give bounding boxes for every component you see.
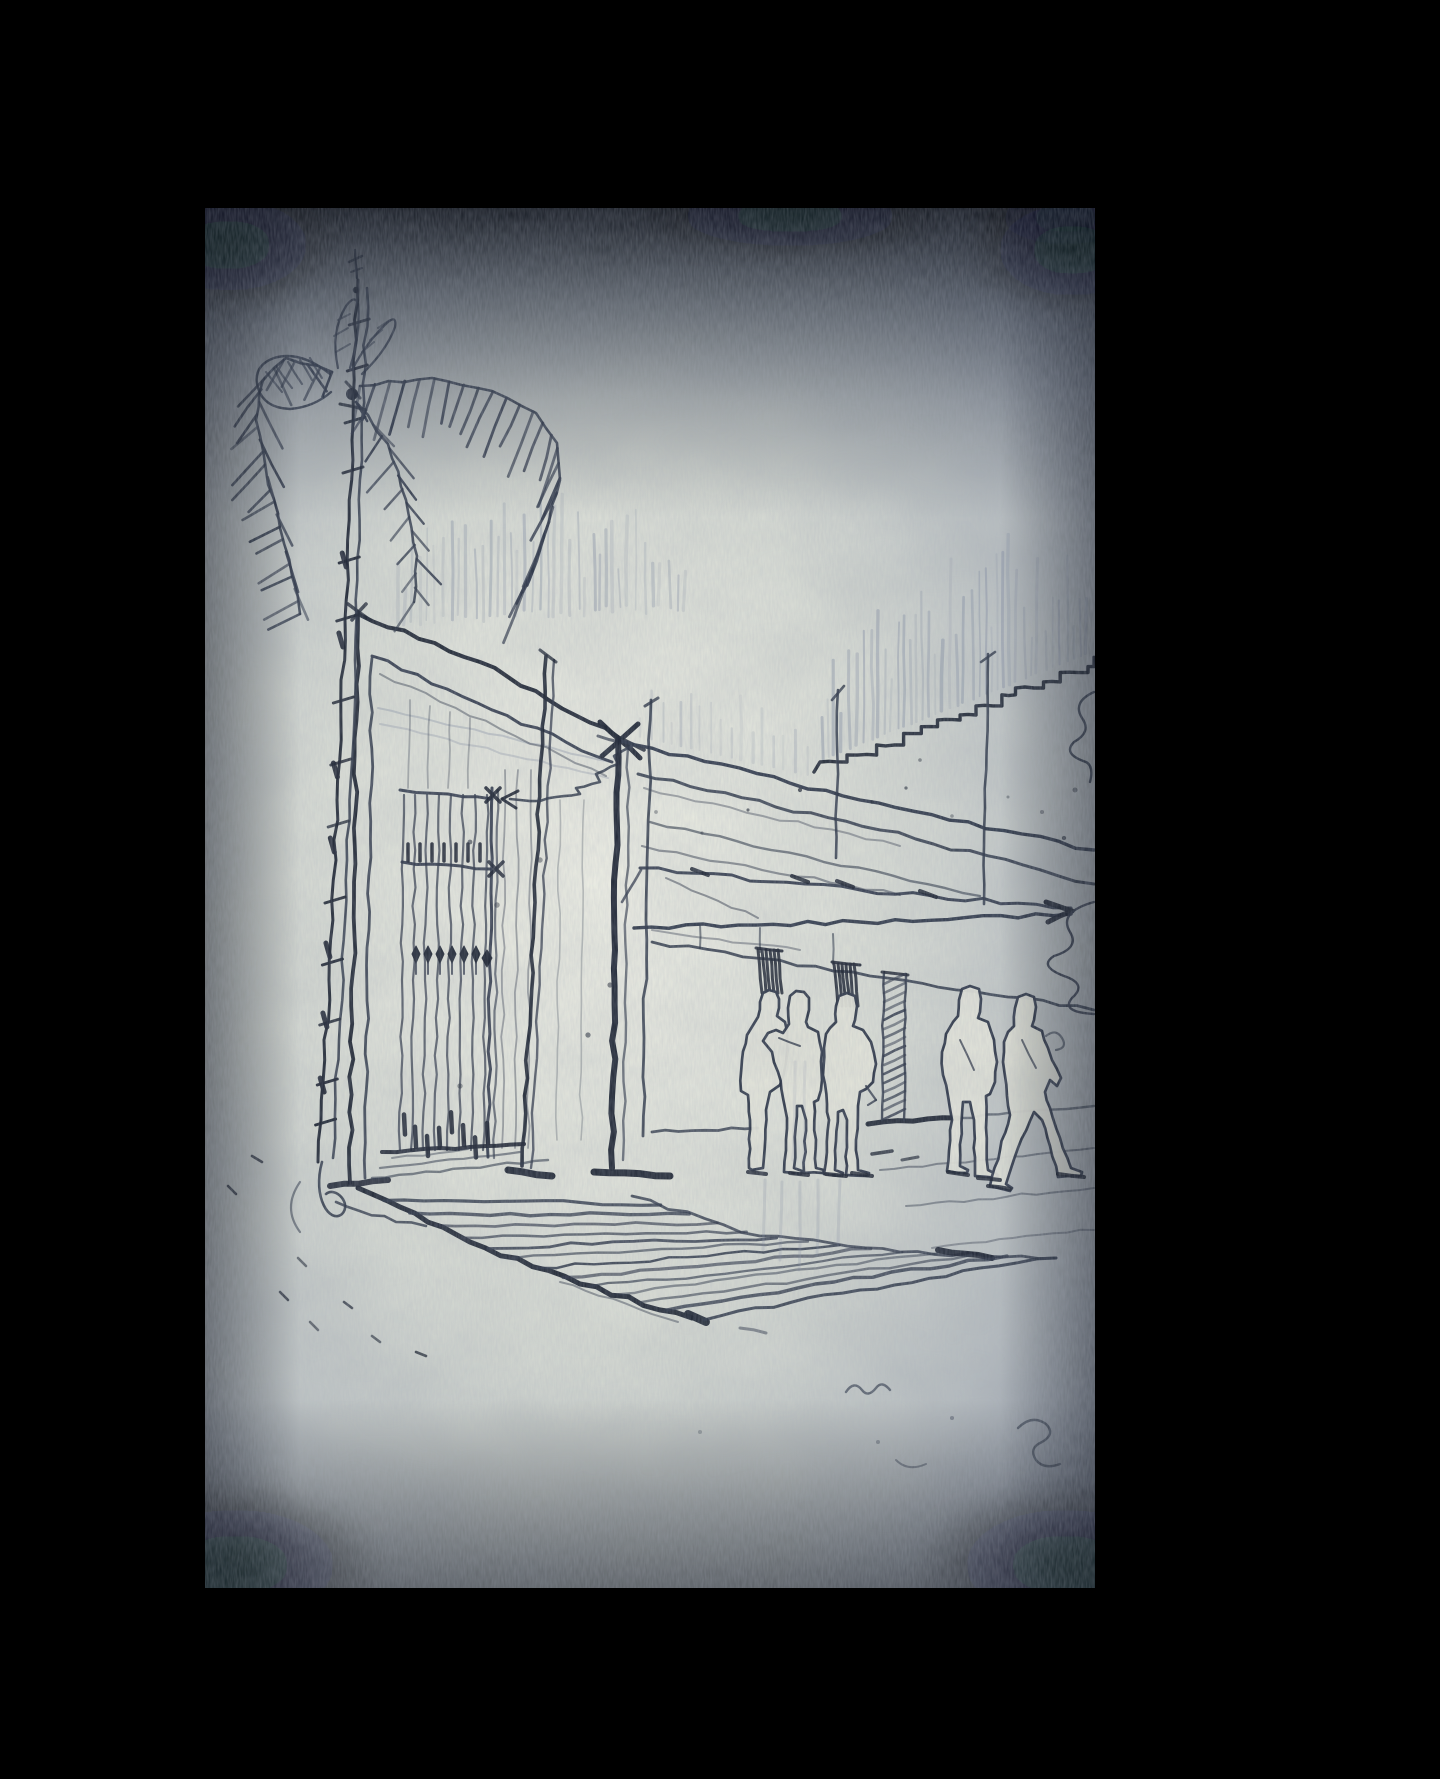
paper-blotches [205, 208, 1095, 1588]
photo-frame [0, 0, 1440, 1779]
sketch-photo [0, 0, 1440, 1779]
